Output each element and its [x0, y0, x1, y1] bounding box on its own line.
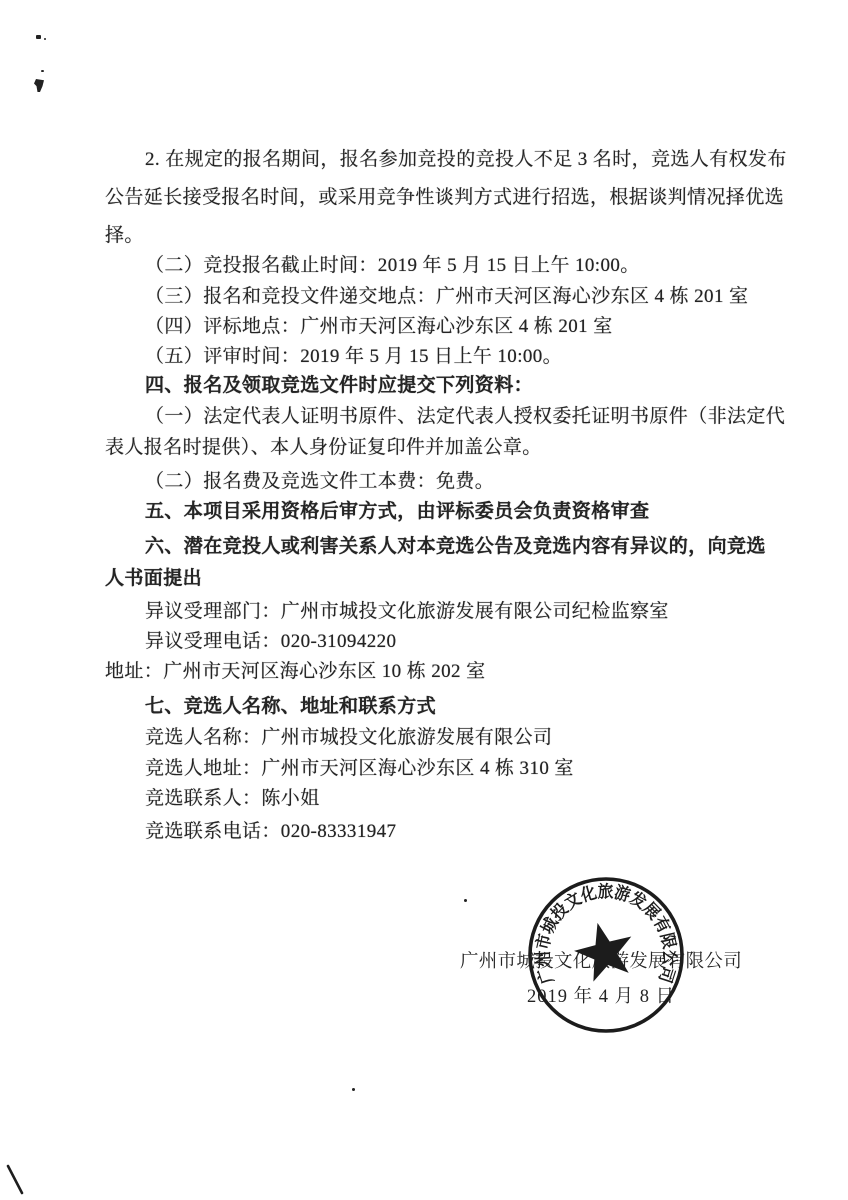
- doc-line: 异议受理电话：020-31094220: [105, 630, 396, 653]
- doc-line: 地址：广州市天河区海心沙东区 10 栋 202 室: [105, 660, 486, 683]
- doc-line: （二）竞投报名截止时间：2019 年 5 月 15 日上午 10:00。: [105, 254, 640, 277]
- doc-line: 择。: [105, 224, 144, 247]
- scanned-document-page: 2. 在规定的报名期间，报名参加竞投的竞投人不足 3 名时，竞选人有权发布 公告…: [0, 0, 848, 1200]
- doc-line: 2. 在规定的报名期间，报名参加竞投的竞投人不足 3 名时，竞选人有权发布: [105, 148, 787, 171]
- doc-line: （一）法定代表人证明书原件、法定代表人授权委托证明书原件（非法定代: [105, 405, 785, 428]
- doc-line: 公告延长接受报名时间，或采用竞争性谈判方式进行招选，根据谈判情况择优选: [105, 186, 784, 209]
- doc-line: 竞选联系电话：020-83331947: [105, 820, 396, 843]
- doc-line: 竞选联系人：陈小姐: [105, 787, 320, 810]
- scan-artifact-pen-stroke: [4, 1162, 36, 1198]
- doc-line: （五）评审时间：2019 年 5 月 15 日上午 10:00。: [105, 345, 562, 368]
- doc-line-heading: 七、竞选人名称、地址和联系方式: [105, 695, 436, 718]
- scan-artifact-speck: [44, 38, 46, 40]
- doc-line: 竞选人名称：广州市城投文化旅游发展有限公司: [105, 726, 552, 749]
- doc-line: 竞选人地址：广州市天河区海心沙东区 4 栋 310 室: [105, 757, 574, 780]
- doc-line-heading: 四、报名及领取竞选文件时应提交下列资料：: [105, 374, 533, 397]
- scan-artifact-speck: [352, 1088, 355, 1091]
- doc-line: 表人报名时提供）、本人身份证复印件并加盖公章。: [105, 436, 542, 459]
- doc-line: （四）评标地点：广州市天河区海心沙东区 4 栋 201 室: [105, 315, 613, 338]
- doc-line: （三）报名和竞投文件递交地点：广州市天河区海心沙东区 4 栋 201 室: [105, 285, 748, 308]
- doc-line: （二）报名费及竞选文件工本费：免费。: [105, 470, 494, 493]
- star-icon: [569, 916, 640, 985]
- scan-artifact-speck: [464, 899, 467, 902]
- company-seal-stamp: 广州市城投文化旅游发展有限公司: [525, 874, 687, 1036]
- scan-artifact-ink-blob: [34, 79, 44, 92]
- doc-line: 异议受理部门：广州市城投文化旅游发展有限公司纪检监察室: [105, 600, 669, 623]
- doc-line-heading: 五、本项目采用资格后审方式，由评标委员会负责资格审查: [105, 500, 649, 523]
- scan-artifact-speck: [36, 35, 41, 39]
- doc-line-heading: 人书面提出: [105, 567, 202, 590]
- doc-line-heading: 六、潜在竞投人或利害关系人对本竞选公告及竞选内容有异议的，向竞选: [105, 535, 766, 558]
- scan-artifact-speck: [41, 70, 44, 72]
